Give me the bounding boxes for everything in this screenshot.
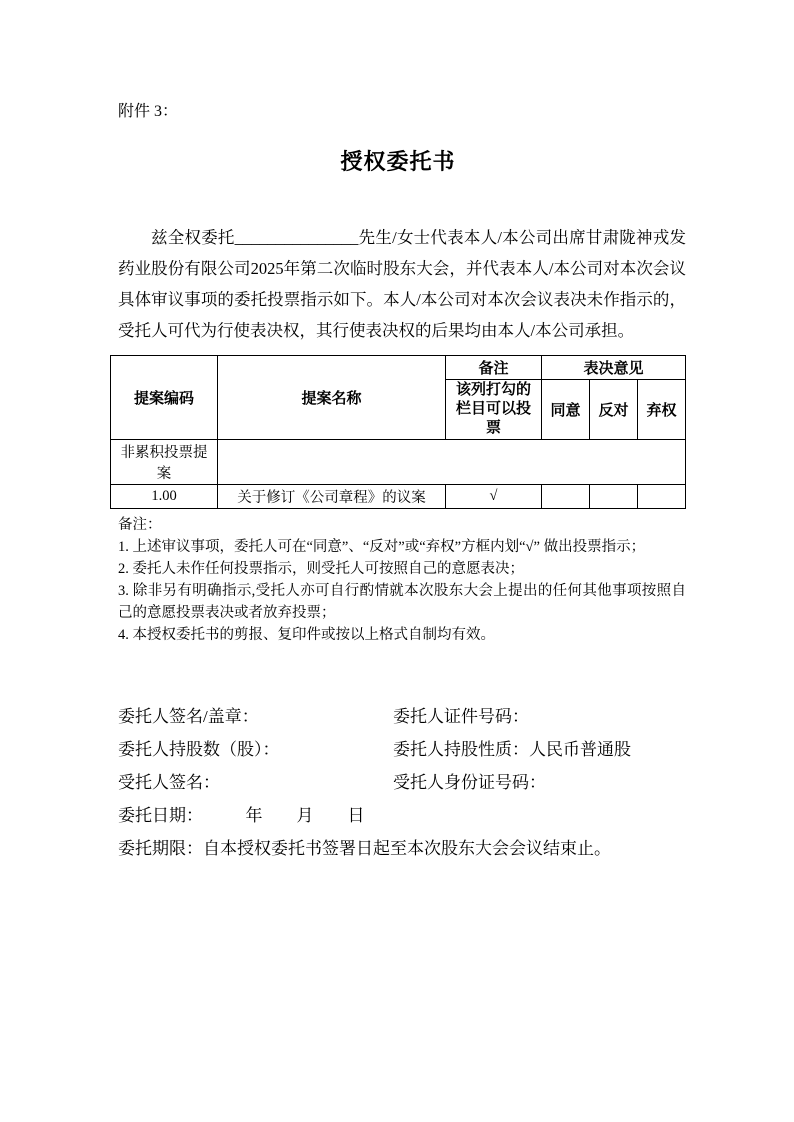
note-item-2: 2. 委托人未作任何投票指示，则受托人可按照自己的意愿表决；: [118, 558, 686, 580]
signature-section: 委托人签名/盖章： 委托人证件号码： 委托人持股数（股）： 委托人持股性质：人民…: [110, 708, 686, 857]
entrust-term-line: 委托期限：自本授权委托书签署日起至本次股东大会会议结束止。: [118, 840, 686, 857]
abstain-vote-cell[interactable]: [638, 485, 686, 509]
note-item-3: 3. 除非另有明确指示,受托人亦可自行酌情就本次股东大会上提出的任何其他事项按照…: [118, 580, 686, 624]
non-cumulative-section-row: 非累积投票提案: [111, 440, 686, 485]
share-type-field: 委托人持股性质：人民币普通股: [393, 741, 686, 758]
header-proposal-name: 提案名称: [218, 356, 446, 440]
trustee-signature-field: 受托人签名：: [118, 774, 393, 791]
trustee-id-label: 受托人身份证号码：: [393, 773, 546, 792]
notes-section: 备注： 1. 上述审议事项，委托人可在“同意”、“反对”或“弃权”方框内划“√”…: [110, 514, 686, 646]
trustee-signature-label: 受托人签名：: [118, 773, 220, 792]
proposal-name-cell: 关于修订《公司章程》的议案: [218, 485, 446, 509]
remark-check-cell: √: [446, 485, 542, 509]
principal-shares-label: 委托人持股数（股）：: [118, 740, 280, 759]
notes-label: 备注：: [118, 514, 686, 536]
proposal-code-cell: 1.00: [111, 485, 218, 509]
section-label-cell: 非累积投票提案: [111, 440, 218, 485]
page-content: 附件 3： 授权委托书 兹全权委托_______________先生/女士代表本…: [0, 0, 794, 857]
header-remark-note: 该列打勾的栏目可以投票: [446, 380, 542, 440]
header-remark: 备注: [446, 356, 542, 380]
signature-row-2: 委托人持股数（股）： 委托人持股性质：人民币普通股: [118, 741, 686, 758]
voting-table: 提案编码 提案名称 备注 表决意见 该列打勾的栏目可以投票 同意 反对 弃权 非…: [110, 355, 686, 509]
principal-id-label: 委托人证件号码：: [393, 707, 529, 726]
proposal-row: 1.00 关于修订《公司章程》的议案 √: [111, 485, 686, 509]
proxy-name-blank-line[interactable]: _______________: [235, 228, 359, 247]
share-type-value: 人民币普通股: [529, 740, 631, 759]
note-item-1: 1. 上述审议事项，委托人可在“同意”、“反对”或“弃权”方框内划“√” 做出投…: [118, 536, 686, 558]
section-empty-cell: [218, 440, 686, 485]
proxy-form-page: 附件 3： 授权委托书 兹全权委托_______________先生/女士代表本…: [0, 0, 794, 1122]
table-header-row-1: 提案编码 提案名称 备注 表决意见: [111, 356, 686, 380]
header-abstain: 弃权: [638, 380, 686, 440]
agree-vote-cell[interactable]: [542, 485, 590, 509]
entrust-date-line: 委托日期： 年 月 日: [118, 807, 686, 824]
principal-signature-label: 委托人签名/盖章：: [118, 707, 259, 726]
authorization-paragraph: 兹全权委托_______________先生/女士代表本人/本公司出席甘肃陇神戎…: [110, 222, 686, 346]
header-vote-opinion: 表决意见: [542, 356, 686, 380]
header-proposal-code: 提案编码: [111, 356, 218, 440]
signature-row-3: 受托人签名： 受托人身份证号码：: [118, 774, 686, 791]
note-item-4: 4. 本授权委托书的剪报、复印件或按以上格式自制均有效。: [118, 624, 686, 646]
header-against: 反对: [590, 380, 638, 440]
trustee-id-field: 受托人身份证号码：: [393, 774, 686, 791]
against-vote-cell[interactable]: [590, 485, 638, 509]
principal-signature-field: 委托人签名/盖章：: [118, 708, 393, 725]
signature-row-1: 委托人签名/盖章： 委托人证件号码：: [118, 708, 686, 725]
principal-shares-field: 委托人持股数（股）：: [118, 741, 393, 758]
paragraph-lead: 兹全权委托: [151, 228, 235, 247]
attachment-label: 附件 3：: [110, 98, 686, 121]
document-title: 授权委托书: [110, 145, 686, 176]
header-agree: 同意: [542, 380, 590, 440]
principal-id-field: 委托人证件号码：: [393, 708, 686, 725]
share-type-label: 委托人持股性质：: [393, 740, 529, 759]
